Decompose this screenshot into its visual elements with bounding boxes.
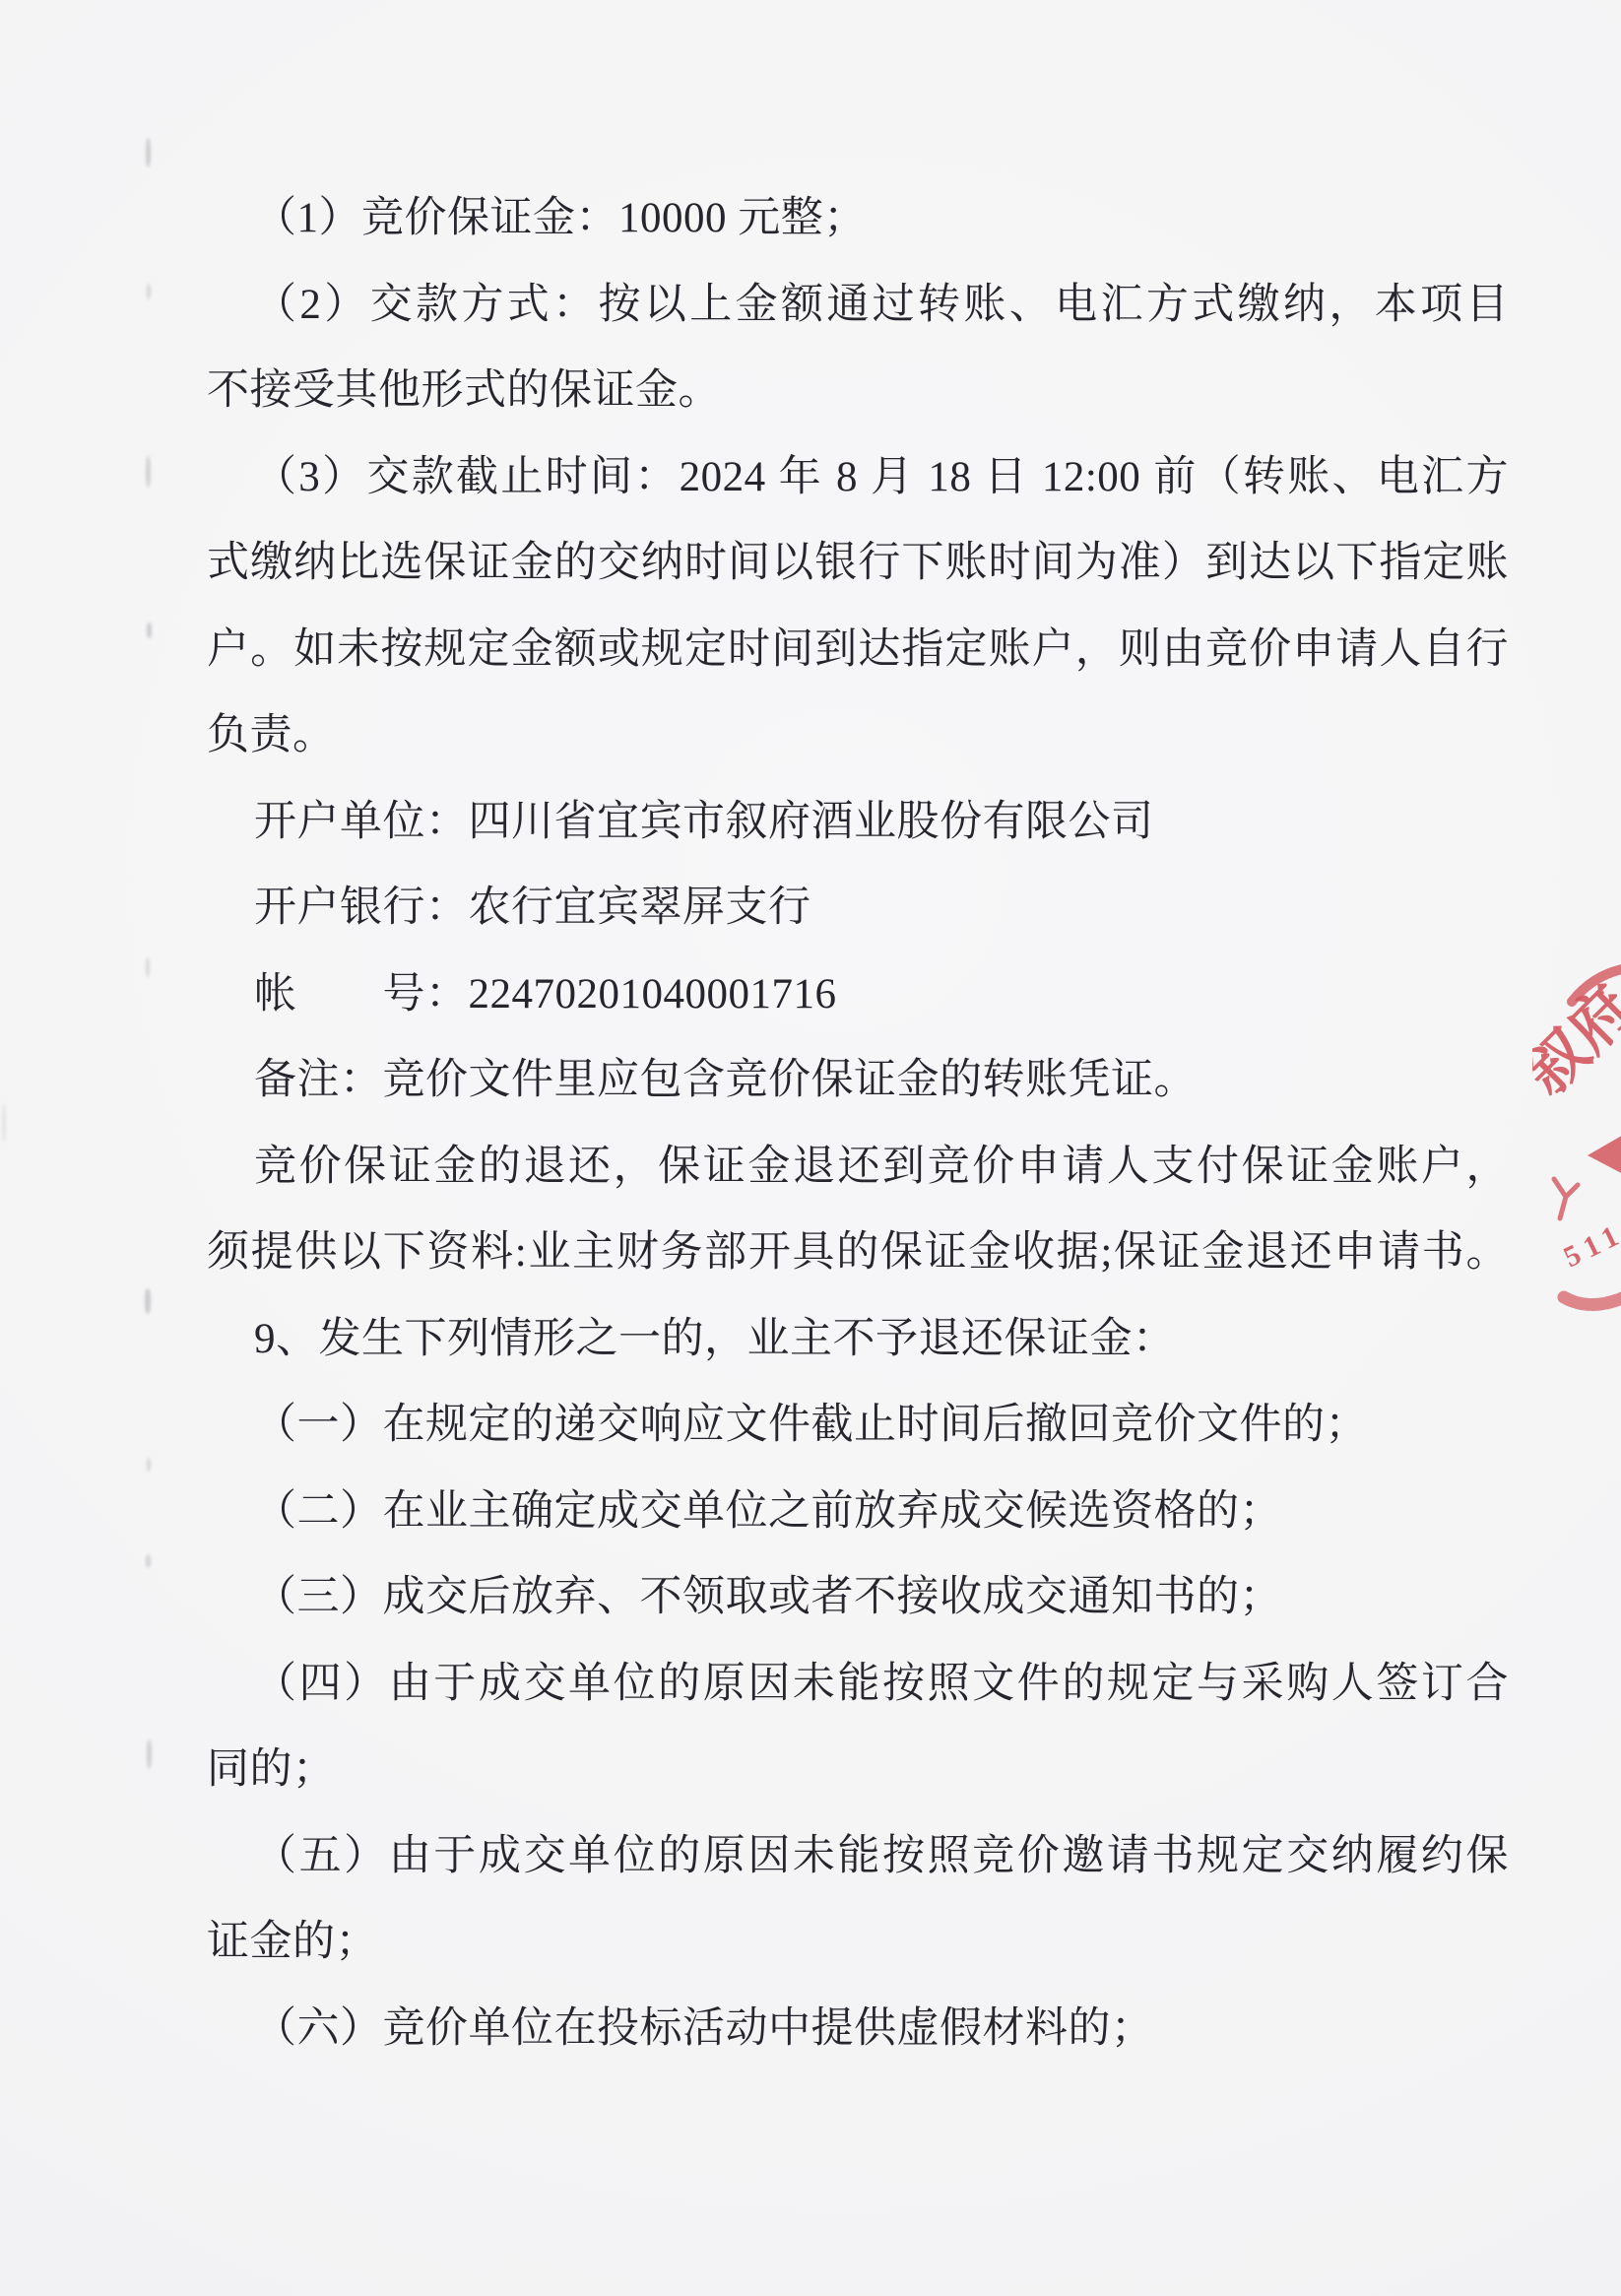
document-line: 9、发生下列情形之一的，业主不予退还保证金：	[207, 1296, 1509, 1383]
document-line: （三）成交后放弃、不领取或者不接收成交通知书的；	[207, 1554, 1509, 1641]
scanned-page: （1）竞价保证金：10000 元整； （2）交款方式：按以上金额通过转账、电汇方…	[0, 0, 1621, 2296]
document-line: 式缴纳比选保证金的交纳时间以银行下账时间为准）到达以下指定账	[207, 520, 1509, 607]
document-line: 备注：竞价文件里应包含竞价保证金的转账凭证。	[207, 1037, 1509, 1124]
document-line: （3）交款截止时间：2024 年 8 月 18 日 12:00 前（转账、电汇方	[207, 434, 1509, 521]
document-line: （六）竞价单位在投标活动中提供虚假材料的；	[207, 1986, 1509, 2072]
official-seal-stamp: 叙府 511	[1532, 951, 1621, 1325]
scan-artifact	[146, 957, 150, 977]
scan-artifact	[2, 1103, 6, 1143]
document-line: 开户银行：农行宜宾翠屏支行	[207, 865, 1509, 951]
document-line: 竞价保证金的退还，保证金退还到竞价申请人支付保证金账户，	[207, 1124, 1509, 1211]
scan-artifact	[145, 1288, 151, 1314]
scan-artifact	[147, 623, 152, 638]
scan-artifact	[147, 284, 151, 299]
scan-artifact	[146, 138, 151, 167]
document-line: （2）交款方式：按以上金额通过转账、电汇方式缴纳，本项目	[207, 262, 1509, 349]
document-line: 帐 号：22470201040001716	[207, 951, 1509, 1038]
document-line: 须提供以下资料:业主财务部开具的保证金收据;保证金退还申请书。	[207, 1210, 1509, 1296]
document-line: 同的；	[207, 1727, 1509, 1813]
scan-artifact	[147, 1458, 151, 1472]
document-line: （1）竞价保证金：10000 元整；	[207, 175, 1509, 262]
document-line: （一）在规定的递交响应文件截止时间后撤回竞价文件的；	[207, 1382, 1509, 1469]
scan-artifact	[146, 456, 151, 488]
scan-artifact	[147, 1739, 152, 1769]
document-line: （五）由于成交单位的原因未能按照竞价邀请书规定交纳履约保	[207, 1813, 1509, 1900]
document-line: 证金的；	[207, 1899, 1509, 1986]
document-line: 开户单位：四川省宜宾市叙府酒业股份有限公司	[207, 779, 1509, 866]
document-line: 负责。	[207, 692, 1509, 779]
document-line: 不接受其他形式的保证金。	[207, 348, 1509, 434]
stamp-digits: 511	[1559, 1216, 1621, 1274]
document-line: 户。如未按规定金额或规定时间到达指定账户，则由竞价申请人自行	[207, 607, 1509, 693]
document-line: （四）由于成交单位的原因未能按照文件的规定与采购人签订合	[207, 1641, 1509, 1728]
document-body: （1）竞价保证金：10000 元整； （2）交款方式：按以上金额通过转账、电汇方…	[207, 175, 1509, 2071]
document-line: （二）在业主确定成交单位之前放弃成交候选资格的；	[207, 1469, 1509, 1555]
scan-artifact	[146, 1554, 151, 1568]
